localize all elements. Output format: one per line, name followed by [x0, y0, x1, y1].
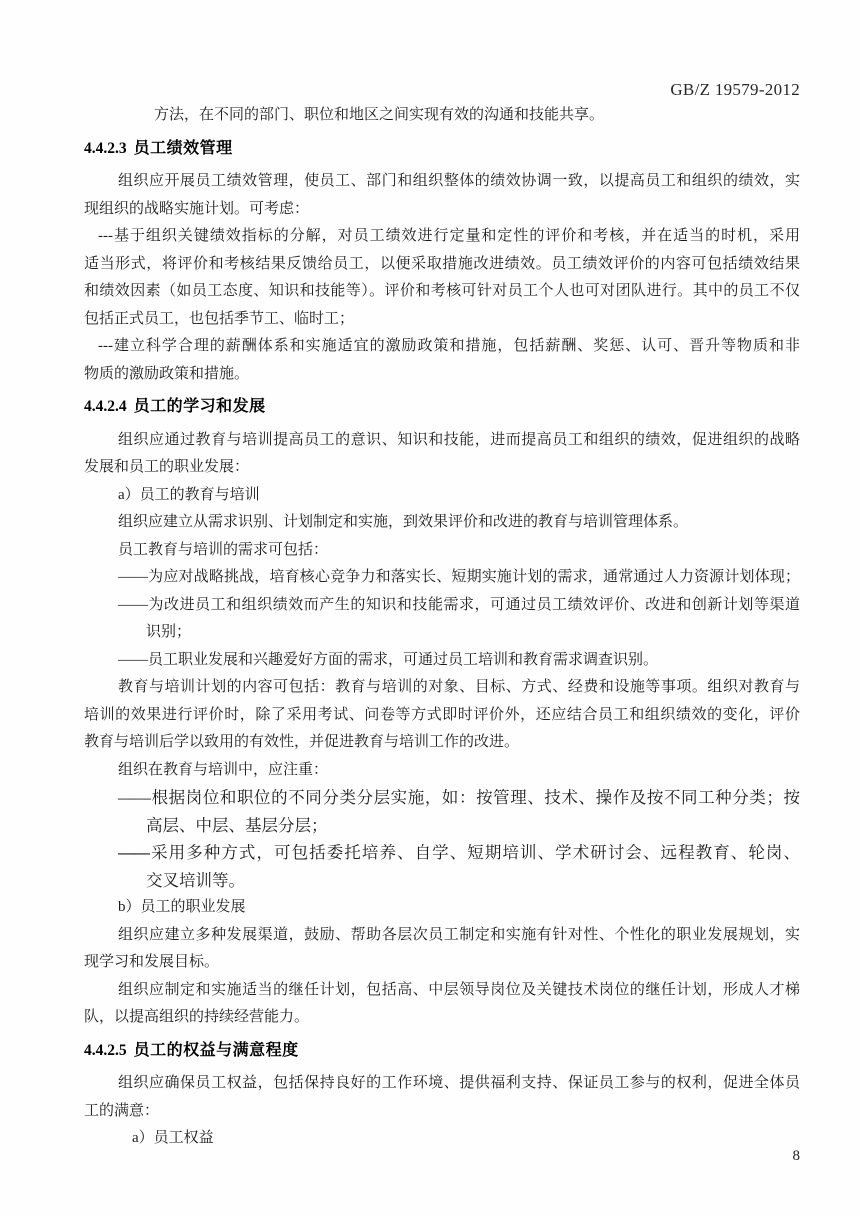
heading-title: 员工的权益与满意程度 [134, 1042, 299, 1059]
document-page: GB/Z 19579-2012 方法，在不同的部门、职位和地区之间实现有效的沟通… [0, 0, 860, 1216]
text-line: 组织应开展员工绩效管理，使员工、部门和组织整体的绩效协调一致，以提高员工和组织的… [84, 168, 800, 196]
text-line: 组织应确保员工权益，包括保持良好的工作环境、提供福利支持、保证员工参与的权利，促… [84, 1070, 800, 1098]
text-line: 现学习和发展目标。 [84, 949, 800, 977]
text-line: 员工教育与培训的需求可包括： [84, 537, 800, 565]
text-line: ——根据岗位和职位的不同分类分层实施，如：按管理、技术、操作及按不同工种分类；按 [84, 784, 800, 812]
heading-number: 4.4.2.4 [84, 398, 127, 415]
text-line: 培训的效果进行评价时，除了采用考试、问卷等方式即时评价外，还应结合员工和组织绩效… [84, 702, 800, 730]
text-line: 高层、中层、基层分层； [84, 812, 800, 840]
text-line: ---建立科学合理的薪酬体系和实施适宜的激励政策和措施，包括薪酬、奖惩、认可、晋… [84, 333, 800, 361]
text-line: 教育与培训后学以致用的有效性，并促进教育与培训工作的改进。 [84, 729, 800, 757]
text-line: 方法，在不同的部门、职位和地区之间实现有效的沟通和技能共享。 [84, 102, 800, 130]
text-line: ——为改进员工和组织绩效而产生的知识和技能需求，可通过员工绩效评价、改进和创新计… [84, 592, 800, 620]
section-heading: 4.4.2.5员工的权益与满意程度 [84, 1037, 800, 1066]
document-code: GB/Z 19579-2012 [84, 80, 800, 100]
text-line: 交叉培训等。 [84, 867, 800, 895]
text-line: 包括正式员工，也包括季节工、临时工； [84, 306, 800, 334]
em-dash-prefix: —— [118, 843, 149, 862]
heading-title: 员工的学习和发展 [134, 398, 266, 415]
text-line: 组织应建立多种发展渠道，鼓励、帮助各层次员工制定和实施有针对性、个性化的职业发展… [84, 922, 800, 950]
text-line: 组织在教育与培训中，应注重： [84, 757, 800, 785]
text-line: ——采用多种方式，可包括委托培养、自学、短期培训、学术研讨会、远程教育、轮岗、 [84, 839, 800, 867]
text-line: 识别； [84, 619, 800, 647]
heading-number: 4.4.2.5 [84, 1042, 127, 1059]
text-line: 工的满意： [84, 1098, 800, 1126]
text-line: a）员工的教育与培训 [84, 482, 800, 510]
text-line: 队，以提高组织的持续经营能力。 [84, 1004, 800, 1032]
section-heading: 4.4.2.3员工绩效管理 [84, 135, 800, 164]
text-line: ——员工职业发展和兴趣爱好方面的需求，可通过员工培训和教育需求调查识别。 [84, 647, 800, 675]
text-line: 现组织的战略实施计划。可考虑： [84, 196, 800, 224]
text-line: 教育与培训计划的内容可包括：教育与培训的对象、目标、方式、经费和设施等事项。组织… [84, 674, 800, 702]
text-line: 物质的激励政策和措施。 [84, 361, 800, 389]
text-line: 组织应通过教育与培训提高员工的意识、知识和技能，进而提高员工和组织的绩效，促进组… [84, 427, 800, 455]
heading-title: 员工绩效管理 [134, 140, 233, 157]
text-line: 适当形式，将评价和考核结果反馈给员工，以便采取措施改进绩效。员工绩效评价的内容可… [84, 251, 800, 279]
heading-number: 4.4.2.3 [84, 140, 127, 157]
text-line: 组织应建立从需求识别、计划制定和实施，到效果评价和改进的教育与培训管理体系。 [84, 509, 800, 537]
text-line: 和绩效因素（如员工态度、知识和技能等）。评价和考核可针对员工个人也可对团队进行。… [84, 278, 800, 306]
text-line: 组织应制定和实施适当的继任计划，包括高、中层领导岗位及关键技术岗位的继任计划，形… [84, 977, 800, 1005]
text-line: b）员工的职业发展 [84, 894, 800, 922]
page-content: 方法，在不同的部门、职位和地区之间实现有效的沟通和技能共享。4.4.2.3员工绩… [84, 102, 800, 1153]
text-line: ——为应对战略挑战，培育核心竞争力和落实长、短期实施计划的需求，通常通过人力资源… [84, 564, 800, 592]
section-heading: 4.4.2.4员工的学习和发展 [84, 393, 800, 422]
text-line: ---基于组织关键绩效指标的分解，对员工绩效进行定量和定性的评价和考核，并在适当… [84, 223, 800, 251]
page-number: 8 [84, 1148, 800, 1165]
text-line: 发展和员工的职业发展： [84, 454, 800, 482]
